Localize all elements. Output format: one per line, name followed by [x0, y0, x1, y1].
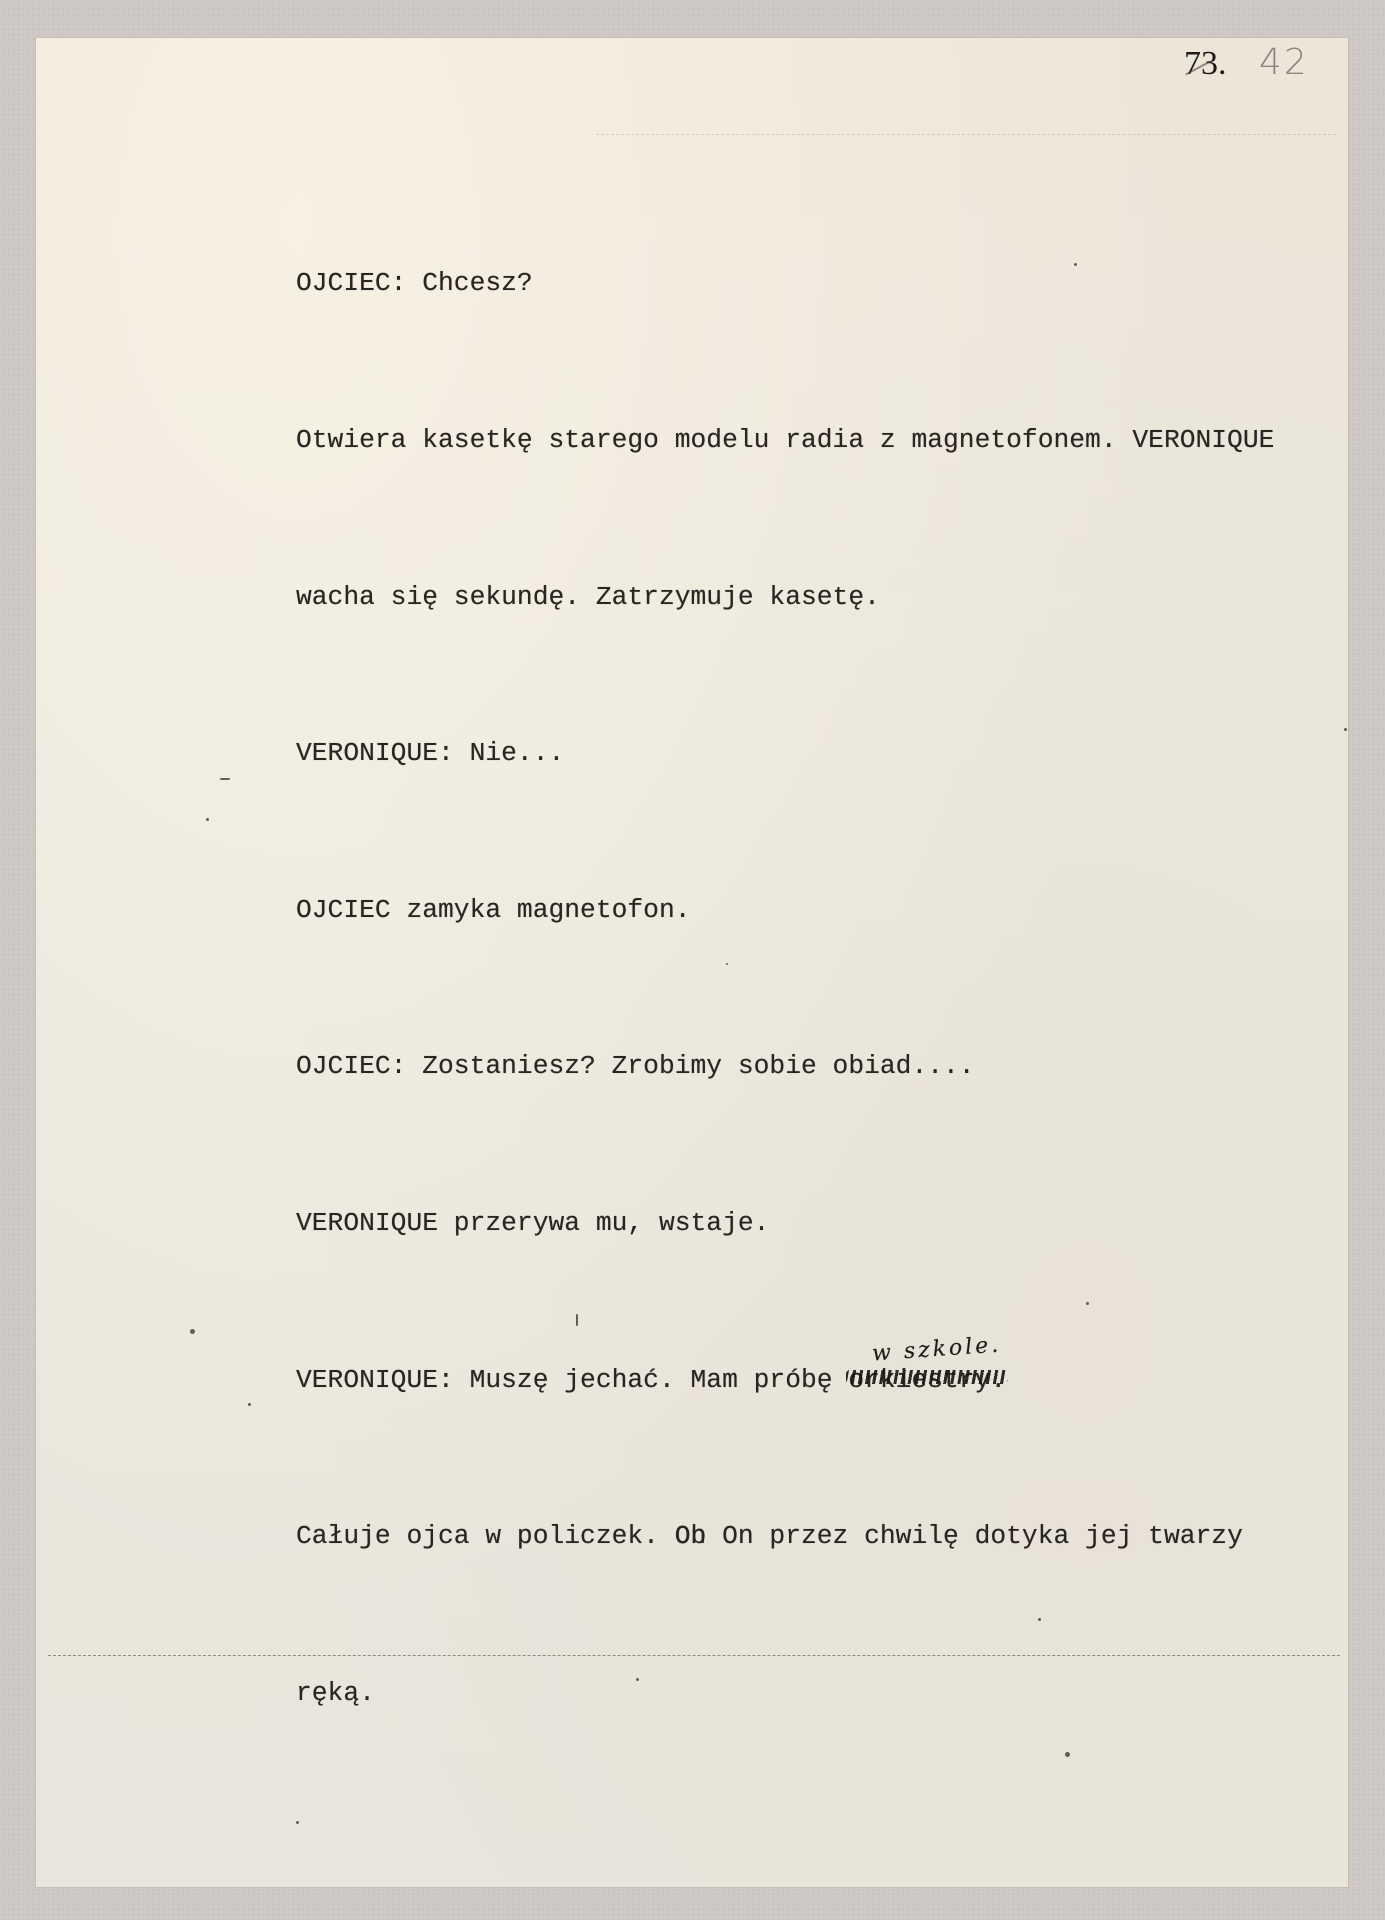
script-line: Otwiera kasetkę starego modelu radia z m… [296, 414, 1274, 466]
line-text: On przez chwilę dotyka jej twarzy [706, 1521, 1243, 1551]
line-text: Całuje ojca w policzek. [296, 1521, 675, 1551]
script-body: OJCIEC: Chcesz? Otwiera kasetkę starego … [296, 153, 1274, 1823]
page-number: 73. 42 [1184, 42, 1309, 83]
bottom-dashed-rule [48, 1655, 1340, 1656]
paper-speck [296, 1821, 299, 1824]
paper-speck [636, 1678, 639, 1681]
paper-speck [190, 1329, 195, 1334]
paper-speck [248, 1403, 251, 1406]
paper-speck [1065, 1752, 1070, 1757]
script-line: OJCIEC: Chcesz? [296, 257, 1274, 309]
paper-speck [576, 1314, 578, 1326]
paper-speck [206, 818, 209, 821]
handwritten-insertion: w szkole. [870, 1319, 1003, 1380]
paper-speck [1038, 1618, 1041, 1621]
overtyped-characters: ObOn [675, 1510, 707, 1562]
script-line: OJCIEC: Zostaniesz? Zrobimy sobie obiad.… [296, 1040, 1274, 1092]
line-text: VERONIQUE: Muszę jechać. Mam próbę [296, 1365, 848, 1395]
script-line: VERONIQUE: Nie... [296, 727, 1274, 779]
paper-speck [1074, 263, 1077, 266]
script-line-with-correction: VERONIQUE: Muszę jechać. Mam próbę orkie… [296, 1354, 1274, 1406]
top-faint-rule [596, 134, 1336, 135]
typed-page-number: 73. [1184, 45, 1227, 82]
script-line-with-overtype: Całuje ojca w policzek. ObOn On przez ch… [296, 1510, 1274, 1562]
paper-speck [726, 963, 728, 965]
script-line: VERONIQUE przerywa mu, wstaje. [296, 1197, 1274, 1249]
pencil-page-number: 42 [1259, 42, 1309, 83]
script-line: OJCIEC zamyka magnetofon. [296, 884, 1274, 936]
paper-speck [1344, 728, 1347, 731]
paper-speck [1086, 1302, 1089, 1305]
script-line: wacha się sekundę. Zatrzymuje kasetę. [296, 571, 1274, 623]
paper-speck [220, 778, 230, 780]
script-line: ręką. [296, 1667, 1274, 1719]
paper-sheet: 73. 42 OJCIEC: Chcesz? Otwiera kasetkę s… [36, 38, 1348, 1887]
